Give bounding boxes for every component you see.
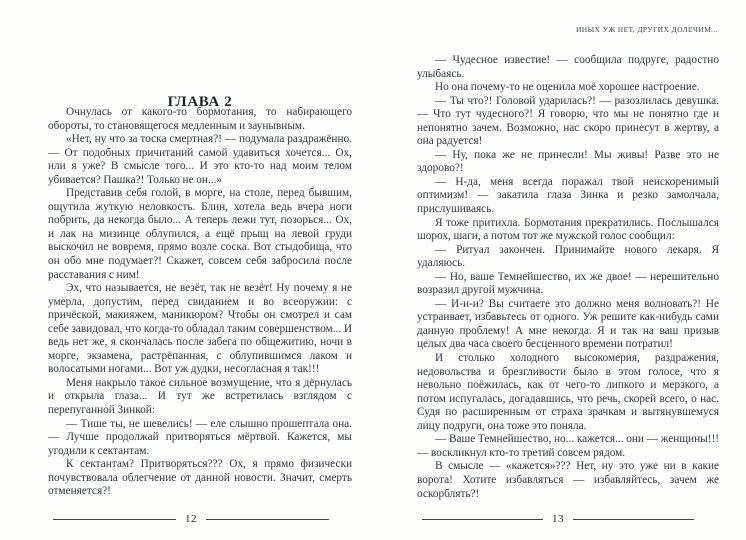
- paragraph: Представив себя голой, в морге, на столе…: [48, 187, 352, 282]
- left-page-text: Очнулась от какого-то бормотания, то наб…: [48, 106, 352, 499]
- paragraph: — Ты что?! Головой ударилась?! — разозли…: [417, 95, 719, 149]
- paragraph: — Н-да, меня всегда поражал твой неискор…: [417, 176, 719, 217]
- paragraph: — Ну, пока же не принесли! Мы живы! Разв…: [417, 149, 719, 176]
- paragraph: Эх, что называется, не везёт, так не вез…: [48, 282, 352, 377]
- paragraph: В смысле — «кажется»??? Нет, ну это уже …: [417, 460, 719, 501]
- paragraph: Я тоже притихла. Бормотания прекратились…: [417, 217, 719, 244]
- paragraph: К сектантам? Притворяться??? Ох, я прямо…: [48, 458, 352, 499]
- paragraph: — Чудесное известие! — сообщила подруге,…: [417, 54, 719, 81]
- paragraph: — Ритуал закончен. Принимайте нового лек…: [417, 244, 719, 271]
- footer-rule-right: [573, 519, 694, 520]
- page-number-left: 12: [185, 514, 197, 525]
- paragraph: Меня накрыло такое сильное возмущение, ч…: [48, 377, 352, 418]
- page-right: ИНЫХ УЖ НЕТ, ДРУГИХ ДОЛЕЧИМ... — Чудесно…: [373, 0, 746, 540]
- paragraph: — Тише ты, не шевелись! — еле слышно про…: [48, 418, 352, 459]
- left-page-footer: 12: [53, 514, 329, 525]
- paragraph: — Ваше Темнейшество, но... кажется... он…: [417, 433, 719, 460]
- paragraph: — Но, ваше Темнейшество, их же двое! — н…: [417, 271, 719, 298]
- right-page-text: — Чудесное известие! — сообщила подруге,…: [417, 54, 719, 501]
- page-number-right: 13: [552, 514, 564, 525]
- running-header: ИНЫХ УЖ НЕТ, ДРУГИХ ДОЛЕЧИМ...: [576, 25, 718, 34]
- right-page-footer: 13: [422, 514, 694, 525]
- paragraph: — И-и-и? Вы считаете это должно меня вол…: [417, 298, 719, 352]
- book-spread: ГЛАВА 2 Очнулась от какого-то бормотания…: [0, 0, 746, 540]
- footer-rule-left: [422, 519, 543, 520]
- paragraph: Очнулась от какого-то бормотания, то наб…: [48, 106, 352, 133]
- paragraph: И столько холодного высокомерия, раздраж…: [417, 352, 719, 433]
- paragraph: Но она почему-то не оценила моё хорошее …: [417, 81, 719, 95]
- paragraph: «Нет, ну что за тоска смертная?! — подум…: [48, 133, 352, 187]
- footer-rule-left: [53, 519, 176, 520]
- page-left: ГЛАВА 2 Очнулась от какого-то бормотания…: [0, 0, 373, 540]
- footer-rule-right: [206, 519, 329, 520]
